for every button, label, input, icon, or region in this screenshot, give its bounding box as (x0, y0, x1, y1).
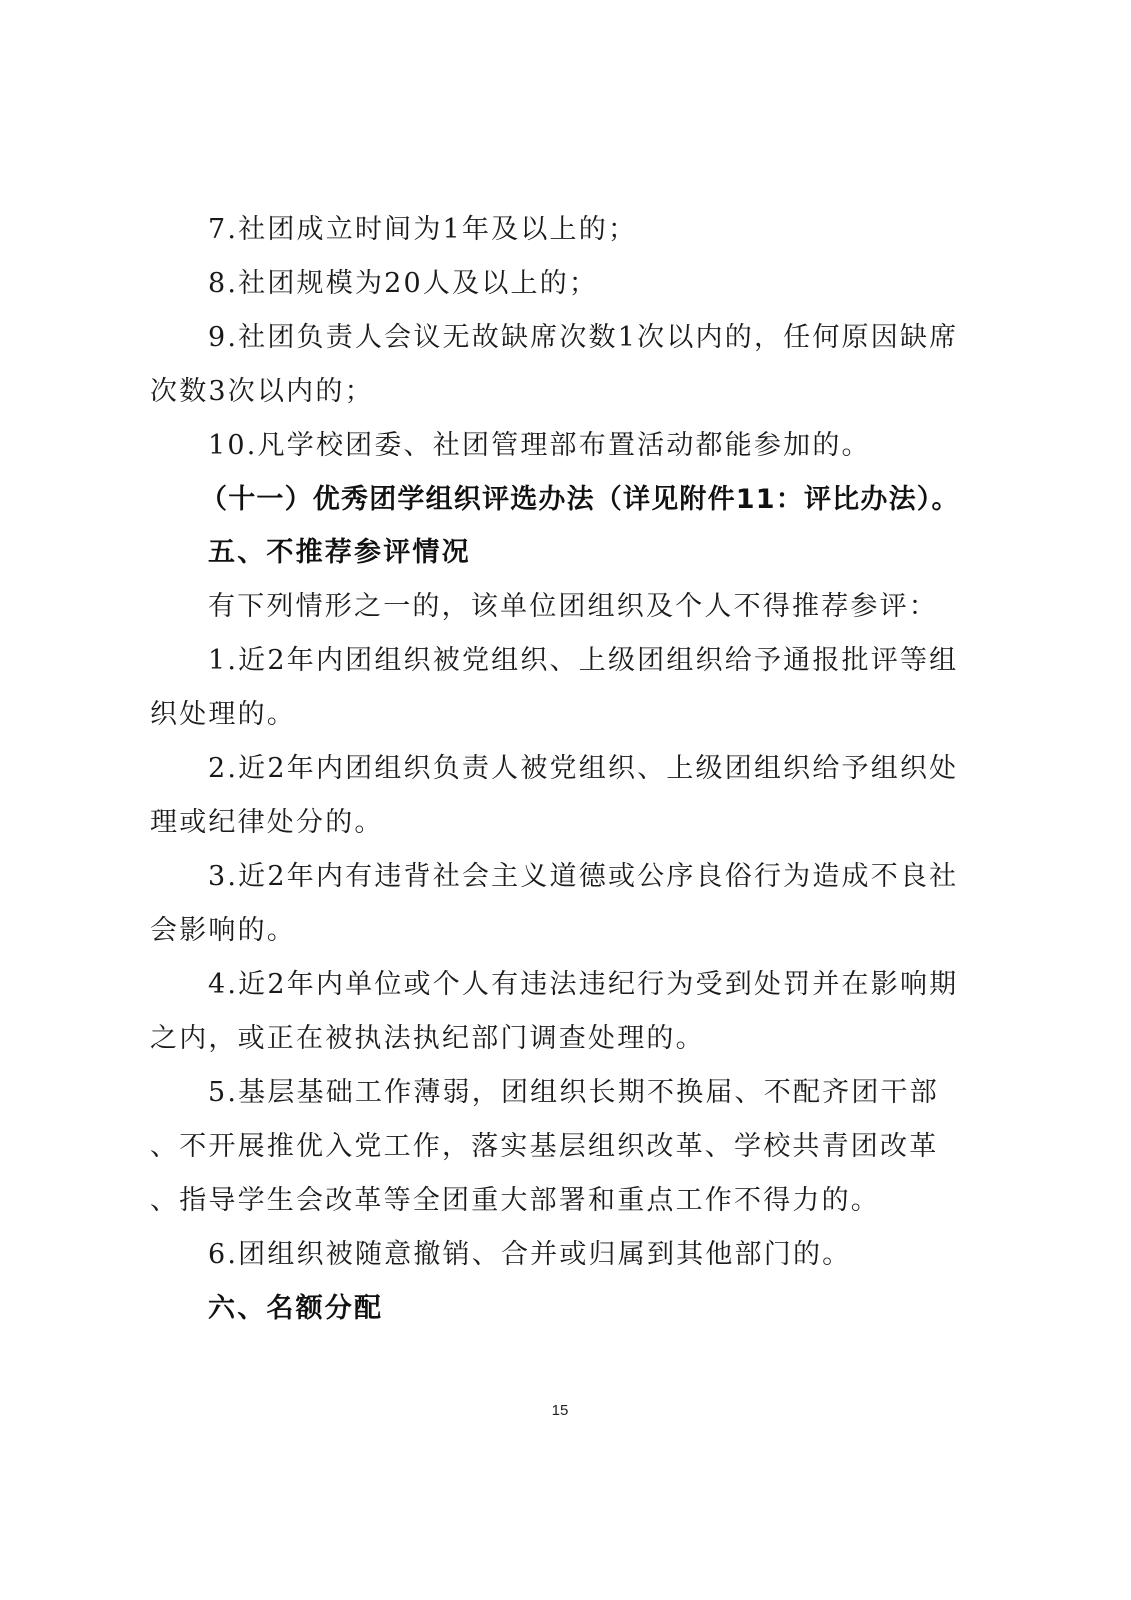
criterion-9-cont: 次数3次以内的； (150, 372, 980, 412)
criterion-8: 8.社团规模为20人及以上的； (208, 264, 988, 304)
criterion-9: 9.社团负责人会议无故缺席次数1次以内的，任何原因缺席 (208, 318, 988, 358)
exclusion-2: 2.近2年内团组织负责人被党组织、上级团组织给予组织处 (208, 749, 988, 789)
section-5-heading: 五、不推荐参评情况 (208, 533, 988, 573)
section-11-heading: （十一）优秀团学组织评选办法（详见附件11：评比办法）。 (200, 480, 980, 520)
document-page: 7.社团成立时间为1年及以上的； 8.社团规模为20人及以上的； 9.社团负责人… (0, 0, 1131, 1600)
exclusion-3: 3.近2年内有违背社会主义道德或公序良俗行为造成不良社 (208, 857, 988, 897)
criterion-10: 10.凡学校团委、社团管理部布置活动都能参加的。 (208, 426, 988, 466)
exclusion-4-cont: 之内，或正在被执法执纪部门调查处理的。 (150, 1019, 980, 1059)
exclusion-1: 1.近2年内团组织被党组织、上级团组织给予通报批评等组 (208, 641, 988, 681)
exclusion-1-cont: 织处理的。 (150, 695, 980, 735)
exclusion-2-cont: 理或纪律处分的。 (150, 803, 980, 843)
exclusion-5-cont-1: 、不开展推优入党工作，落实基层组织改革、学校共青团改革 (150, 1127, 980, 1167)
section-6-heading: 六、名额分配 (208, 1289, 988, 1329)
exclusion-5-cont-2: 、指导学生会改革等全团重大部署和重点工作不得力的。 (150, 1181, 980, 1221)
exclusion-4: 4.近2年内单位或个人有违法违纪行为受到处罚并在影响期 (208, 965, 988, 1005)
exclusion-5: 5.基层基础工作薄弱，团组织长期不换届、不配齐团干部 (208, 1073, 988, 1113)
exclusion-6: 6.团组织被随意撤销、合并或归属到其他部门的。 (208, 1235, 988, 1275)
criterion-7: 7.社团成立时间为1年及以上的； (208, 210, 988, 250)
exclusion-intro: 有下列情形之一的，该单位团组织及个人不得推荐参评： (208, 587, 988, 627)
page-number: 15 (540, 1402, 580, 1419)
exclusion-3-cont: 会影响的。 (150, 911, 980, 951)
